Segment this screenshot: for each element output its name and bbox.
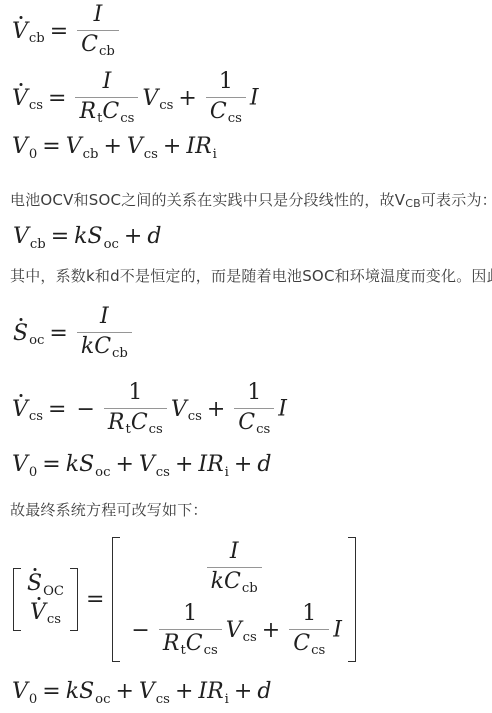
math-variable: Ccs	[186, 631, 218, 656]
math-glyph: S	[27, 571, 42, 596]
equation-output-voltage: V0=Vcb+Vcs+IRi	[12, 134, 217, 162]
math-variable: I	[333, 618, 342, 643]
math-variable: Ccs	[131, 410, 163, 435]
fraction: IkCcb	[77, 305, 132, 362]
math-variable: I	[103, 69, 112, 94]
math-operator: =	[51, 224, 69, 249]
accented-variable: V	[12, 397, 28, 423]
fraction-numerator: 1	[243, 381, 265, 406]
math-variable: Vcs	[30, 600, 61, 625]
vcb-inline-subscript: CB	[405, 197, 421, 210]
math-variable: Soc	[79, 679, 110, 704]
math-operator: =	[50, 19, 68, 44]
equation-vcs-derivative-minus: Vcs=−1RtCcsVcs+1CcsI	[12, 381, 287, 438]
accented-variable: S	[13, 321, 28, 347]
math-variable: d	[257, 452, 271, 477]
math-operator: +	[163, 134, 181, 159]
math-operator: +	[103, 134, 121, 159]
math-variable: I	[198, 679, 207, 704]
equation-vcb-linear: Vcb=kSoc+d	[13, 224, 161, 252]
math-number: 1	[219, 69, 233, 94]
equation-output-final: V0=kSoc+Vcs+IRi+d	[12, 679, 271, 707]
subscript: 0	[29, 465, 37, 480]
fraction: 1Ccs	[206, 70, 246, 127]
math-variable: Ri	[195, 134, 217, 159]
subscript: cs	[256, 422, 270, 437]
fraction-bar	[104, 408, 167, 409]
math-glyph: V	[12, 397, 28, 422]
math-variable: I	[94, 2, 103, 27]
math-operator: =	[86, 587, 104, 612]
subscript: cs	[311, 643, 325, 658]
subscript: cs	[120, 111, 134, 126]
math-variable: V0	[12, 134, 37, 159]
subscript: cs	[243, 630, 257, 645]
math-variable: Rt	[108, 410, 131, 435]
fraction-bar	[234, 408, 274, 409]
math-variable: Vcb	[66, 134, 99, 159]
accented-variable: V	[12, 19, 28, 45]
subscript: cb	[99, 44, 115, 59]
math-variable: I	[278, 397, 287, 422]
fraction: 1RtCcs	[159, 602, 222, 659]
fraction-bar	[207, 567, 262, 568]
subscript: cb	[30, 237, 46, 252]
subscript: cs	[159, 98, 173, 113]
derivative-dot	[19, 16, 22, 19]
accented-variable: S	[27, 571, 42, 597]
paragraph-ocv-soc-relation: 电池OCV和SOC之间的关系在实践中只是分段线性的，故VCB可表示为：	[10, 189, 492, 210]
derivative-dot	[19, 394, 22, 397]
math-glyph: V	[12, 86, 28, 111]
subscript: cs	[188, 409, 202, 424]
fraction-numerator: I	[96, 305, 113, 330]
math-number: 1	[247, 380, 261, 405]
math-variable: Ccs	[102, 99, 134, 124]
vector-row: Vcs	[30, 600, 61, 628]
derivative-dot	[20, 318, 23, 321]
math-operator: =	[42, 134, 60, 159]
equation-output-with-ksoc: V0=kSoc+Vcs+IRi+d	[12, 452, 271, 480]
subscript: cs	[29, 409, 43, 424]
fraction-bar	[289, 629, 329, 630]
paragraph-coefficients: 其中，系数k和d不是恒定的，而是随着电池SOC和环境温度而变化。因此，	[10, 265, 492, 286]
fraction-denominator: Ccs	[289, 632, 329, 659]
math-variable: Rt	[163, 631, 186, 656]
math-variable: I	[198, 452, 207, 477]
subscript: 0	[29, 692, 37, 707]
fraction-denominator: RtCcs	[104, 411, 167, 438]
math-variable: d	[257, 679, 271, 704]
paragraph-text: 故最终系统方程可改写如下：	[10, 501, 208, 519]
subscript: cb	[112, 346, 128, 361]
fraction-numerator: 1	[179, 602, 201, 627]
math-variable: Vcs	[142, 86, 173, 111]
math-variable: I	[186, 134, 195, 159]
math-operator: +	[115, 679, 133, 704]
subscript: cs	[204, 643, 218, 658]
math-variable: d	[147, 224, 161, 249]
subscript: cb	[29, 31, 45, 46]
fraction: IkCcb	[207, 540, 262, 597]
math-variable: Ccb	[94, 334, 128, 359]
math-variable: Ccs	[293, 631, 325, 656]
math-variable: Vcs	[139, 679, 170, 704]
math-operator: +	[124, 224, 142, 249]
subscript: i	[213, 147, 217, 162]
math-operator: =	[42, 452, 60, 477]
math-variable: Vcs	[139, 452, 170, 477]
math-variable: Vcb	[12, 19, 45, 44]
math-variable: I	[100, 304, 109, 329]
math-variable: Ccs	[238, 410, 270, 435]
fraction-denominator: RtCcs	[159, 632, 222, 659]
state-vector: SOCVcs	[13, 568, 78, 631]
system-vector: IkCcb−1RtCcsVcs+1CcsI	[112, 537, 356, 662]
math-variable: Ccs	[210, 99, 242, 124]
paragraph-final-system: 故最终系统方程可改写如下：	[10, 499, 208, 520]
fraction: 1RtCcs	[104, 381, 167, 438]
vector-row: −1RtCcsVcs+1CcsI	[126, 602, 342, 659]
equation-state-space-matrix: SOCVcs=IkCcb−1RtCcsVcs+1CcsI	[10, 537, 359, 662]
math-variable: k	[66, 452, 79, 477]
vector-column: IkCcb−1RtCcsVcs+1CcsI	[124, 537, 344, 662]
math-operator: =	[48, 397, 66, 422]
derivative-dot	[19, 83, 22, 86]
math-variable: k	[74, 224, 87, 249]
math-operator: −	[131, 618, 149, 643]
math-number: 1	[302, 601, 316, 626]
math-number: 1	[183, 601, 197, 626]
paragraph-text-post: 可表示为：	[421, 191, 492, 209]
math-operator: =	[42, 679, 60, 704]
math-operator: +	[175, 452, 193, 477]
fraction-numerator: I	[226, 540, 243, 565]
math-variable: I	[250, 86, 259, 111]
subscript: cs	[228, 111, 242, 126]
fraction-denominator: Ccs	[206, 100, 246, 127]
fraction-denominator: Ccb	[77, 33, 119, 60]
vector-row: SOC	[27, 571, 64, 599]
math-variable: Soc	[13, 321, 44, 346]
math-variable: V0	[12, 452, 37, 477]
fraction: 1Ccs	[234, 381, 274, 438]
math-variable: Ccb	[224, 569, 258, 594]
derivative-dot	[37, 597, 40, 600]
derivative-dot	[34, 568, 37, 571]
math-variable: Soc	[79, 452, 110, 477]
math-variable: Rt	[79, 99, 102, 124]
accented-variable: V	[30, 600, 46, 626]
math-variable: k	[81, 334, 94, 359]
math-variable: Vcs	[171, 397, 202, 422]
math-variable: Vcs	[12, 397, 43, 422]
bracket-right	[70, 568, 78, 631]
fraction-bar	[77, 30, 119, 31]
fraction-denominator: kCcb	[207, 570, 262, 597]
subscript: oc	[95, 465, 110, 480]
math-variable: Ri	[207, 452, 229, 477]
paragraph-text-pre: 电池OCV和SOC之间的关系在实践中只是分段线性的，故	[10, 191, 395, 209]
math-glyph: V	[12, 19, 28, 44]
math-operator: +	[175, 679, 193, 704]
math-variable: Vcb	[13, 224, 46, 249]
vector-row: IkCcb	[203, 540, 266, 597]
fraction-denominator: Ccs	[234, 411, 274, 438]
fraction: ICcb	[77, 3, 119, 60]
equation-vcb-derivative: Vcb=ICcb	[12, 3, 123, 60]
fraction: IRtCcs	[75, 70, 138, 127]
math-operator: +	[234, 679, 252, 704]
math-variable: Soc	[88, 224, 119, 249]
fraction-bar	[77, 332, 132, 333]
math-operator: +	[207, 397, 225, 422]
subscript: cs	[29, 98, 43, 113]
subscript: oc	[95, 692, 110, 707]
subscript: cs	[156, 692, 170, 707]
subscript: OC	[43, 584, 64, 599]
math-variable: Ccb	[81, 32, 115, 57]
fraction-denominator: kCcb	[77, 335, 132, 362]
math-variable: SOC	[27, 571, 64, 596]
fraction-bar	[159, 629, 222, 630]
fraction: 1Ccs	[289, 602, 329, 659]
math-operator: +	[115, 452, 133, 477]
fraction-bar	[206, 97, 246, 98]
subscript: cs	[149, 422, 163, 437]
fraction-denominator: RtCcs	[75, 100, 138, 127]
subscript: t	[180, 643, 185, 658]
vector-column: SOCVcs	[25, 568, 66, 631]
fraction-numerator: 1	[124, 381, 146, 406]
math-variable: k	[211, 569, 224, 594]
math-variable: Ri	[207, 679, 229, 704]
bracket-left	[112, 537, 120, 662]
math-operator: −	[76, 397, 94, 422]
subscript: cs	[47, 612, 61, 627]
math-variable: V0	[12, 679, 37, 704]
fraction-numerator: I	[90, 3, 107, 28]
subscript: cb	[83, 147, 99, 162]
subscript: i	[225, 465, 229, 480]
vcb-inline-base: V	[395, 191, 405, 209]
math-operator: =	[49, 321, 67, 346]
subscript: oc	[104, 237, 119, 252]
subscript: i	[225, 692, 229, 707]
fraction-numerator: 1	[298, 602, 320, 627]
subscript: cb	[242, 581, 258, 596]
math-operator: =	[48, 86, 66, 111]
document-page: Vcb=ICcb Vcs=IRtCcsVcs+1CcsI V0=Vcb+Vcs+…	[0, 0, 492, 713]
fraction-bar	[75, 97, 138, 98]
accented-variable: V	[12, 86, 28, 112]
equation-vcs-derivative: Vcs=IRtCcsVcs+1CcsI	[12, 70, 259, 127]
math-variable: Vcs	[12, 86, 43, 111]
paragraph-text: 其中，系数k和d不是恒定的，而是随着电池SOC和环境温度而变化。因此，	[10, 267, 492, 285]
subscript: 0	[29, 147, 37, 162]
fraction-numerator: 1	[215, 70, 237, 95]
math-variable: Vcs	[127, 134, 158, 159]
math-glyph: V	[30, 600, 46, 625]
vcb-inline-symbol: VCB	[395, 191, 421, 209]
math-number: 1	[128, 380, 142, 405]
bracket-right	[348, 537, 356, 662]
math-operator: +	[262, 618, 280, 643]
math-glyph: S	[13, 321, 28, 346]
math-variable: I	[230, 539, 239, 564]
fraction-numerator: I	[99, 70, 116, 95]
math-variable: Vcs	[226, 618, 257, 643]
subscript: oc	[29, 333, 44, 348]
equation-soc-derivative: Soc=IkCcb	[13, 305, 136, 362]
subscript: cs	[156, 465, 170, 480]
math-operator: +	[234, 452, 252, 477]
subscript: cs	[144, 147, 158, 162]
bracket-left	[13, 568, 21, 631]
math-variable: k	[66, 679, 79, 704]
math-operator: +	[178, 86, 196, 111]
